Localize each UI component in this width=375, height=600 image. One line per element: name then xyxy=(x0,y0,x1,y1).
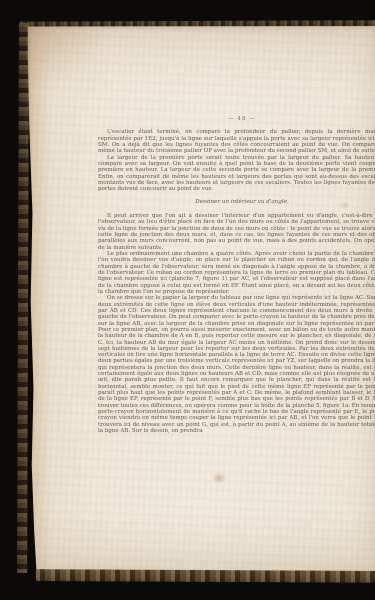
paragraph-stairs-landing: L'escalier étant terminé, on compare la … xyxy=(98,129,375,154)
paragraph-room-diagonal: Le plus ordinairement une chambre a quat… xyxy=(98,251,375,295)
paragraph-construction-method: On se dresse sur le papier la largeur du… xyxy=(98,295,375,434)
book-binding-edge xyxy=(17,23,29,573)
book-photo-scene: — 48 — L'escalier étant terminé, on comp… xyxy=(0,0,375,600)
paragraph-corner-view-intro: Il peut arriver que l'on ait à dessiner … xyxy=(98,213,375,251)
scanned-page: — 48 — L'escalier étant terminé, on comp… xyxy=(24,26,375,575)
page-text-block: — 48 — L'escalier étant terminé, on comp… xyxy=(98,116,375,434)
paragraph-door-widths: La largeur de la première porte serait t… xyxy=(98,155,375,193)
book-bottom-edge xyxy=(36,569,375,583)
page-number: — 48 — xyxy=(98,116,375,122)
section-heading: Dessiner un intérieur vu d'angle. xyxy=(98,199,375,205)
